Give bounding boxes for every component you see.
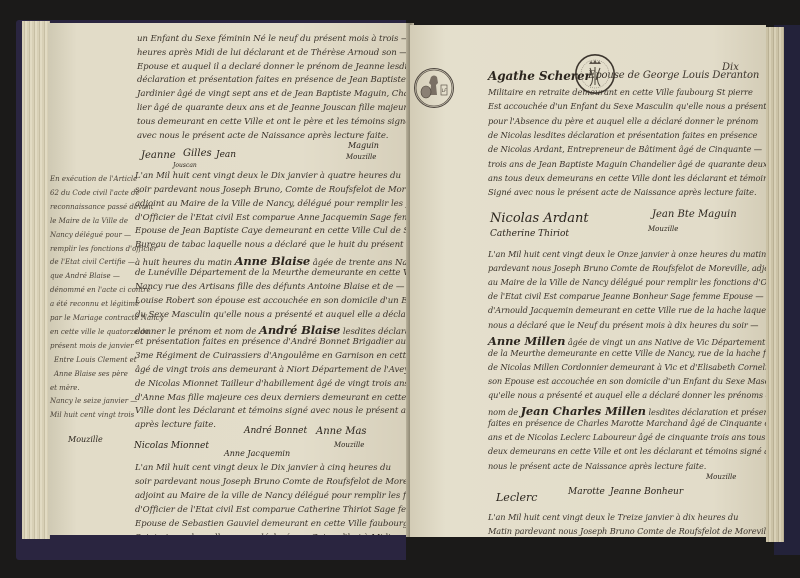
highlighted-name: André Blaise bbox=[259, 323, 340, 337]
handwritten-line: Saint pierre, laquelle nous a déclaré qu… bbox=[135, 533, 402, 536]
margin-note-line: Nancy délégué pour — bbox=[50, 231, 131, 239]
margin-note-line: que André Blaise — bbox=[50, 272, 120, 280]
handwritten-line: qu'elle nous a présenté et auquel elle a… bbox=[488, 390, 766, 400]
highlighted-name: Jean Charles Millen bbox=[521, 404, 646, 418]
handwritten-line: adjoint au Maire de la Ville de Nancy, d… bbox=[135, 199, 410, 209]
handwritten-line: de la Meurthe demeurante en cette Ville … bbox=[488, 348, 766, 358]
left-page: un Enfant du Sexe féminin Né le neuf du … bbox=[48, 23, 410, 535]
margin-note-line: et mère. bbox=[50, 384, 80, 392]
signature: Leclerc bbox=[496, 491, 537, 504]
signature: Maguin bbox=[348, 141, 379, 150]
signature: Jean Bte Maguin bbox=[652, 209, 737, 220]
highlighted-name: Anne Millen bbox=[488, 334, 565, 348]
handwritten-line: et présentation faites en présence d'And… bbox=[135, 337, 406, 347]
signature: Marotte bbox=[568, 487, 605, 497]
signature: Jeanne bbox=[141, 150, 176, 161]
signature: Catherine Thiriot bbox=[490, 229, 569, 239]
open-register-book: un Enfant du Sexe féminin Né le neuf du … bbox=[14, 17, 794, 565]
handwritten-line: après lecture faite. bbox=[135, 420, 216, 430]
handwritten-line: déclaration et présentation faites en pr… bbox=[137, 75, 410, 85]
handwritten-line: donner le prénom et nom de André Blaise … bbox=[135, 323, 410, 337]
page-edges-right bbox=[766, 27, 784, 542]
handwritten-line: son Epouse est accouchée en son domicile… bbox=[488, 376, 766, 386]
signature: Jeanne Bonheur bbox=[610, 487, 683, 497]
handwritten-line: ans et de Nicolas Leclerc Laboureur âgé … bbox=[488, 432, 765, 442]
margin-note-line: remplir les fonctions d'officier bbox=[50, 245, 157, 253]
handwritten-line: Matin pardevant nous Joseph Bruno Comte … bbox=[488, 526, 766, 536]
svg-text:LF: LF bbox=[442, 88, 447, 93]
handwritten-line: Militaire en retraite demeurant en cette… bbox=[488, 87, 753, 97]
mother-name: Agathe Scherer bbox=[488, 69, 591, 83]
margin-note-line: présent mois de janvier bbox=[50, 342, 134, 350]
tax-stamp-figure-icon: LF bbox=[414, 68, 454, 108]
margin-note-line: de l'Etat civil Certifie — bbox=[50, 258, 135, 266]
handwritten-line: soir pardevant nous Joseph Bruno Comte d… bbox=[135, 477, 410, 487]
margin-note-line: par le Mariage contracté Nancy bbox=[50, 314, 164, 322]
handwritten-line: Epouse de Jean Baptiste Caye demeurant e… bbox=[135, 226, 410, 236]
handwritten-line: Louise Robert son épouse est accouchée e… bbox=[135, 296, 410, 306]
right-page: LF Dix Agathe SchererEpouse de George Lo… bbox=[410, 25, 766, 537]
margin-note-line: Entre Louis Clement et bbox=[54, 356, 137, 364]
handwritten-line: L'an Mil huit cent vingt deux le Treize … bbox=[488, 512, 738, 522]
handwritten-line: Epouse et auquel il a declaré donner le … bbox=[137, 62, 410, 72]
handwritten-line: avec nous le présent acte de Naissance a… bbox=[137, 131, 388, 141]
margin-note-line: Nancy le seize janvier — bbox=[50, 397, 137, 405]
handwritten-line: 3me Régiment de Cuirassiers d'Angoulême … bbox=[135, 351, 410, 361]
handwritten-line: pardevant nous Joseph Bruno Comte de Rou… bbox=[488, 263, 766, 273]
handwritten-line: Epouse de George Louis Deranton bbox=[588, 70, 759, 81]
handwritten-line: de Nicolas lesdites déclaration et prése… bbox=[488, 130, 757, 140]
handwritten-line: d'Anne Mas fille majeure ces deux dernie… bbox=[135, 393, 410, 403]
margin-note-line: dénommé en l'acte ci contre bbox=[50, 286, 151, 294]
handwritten-line: d'Officier de l'Etat civil Est comparue … bbox=[135, 505, 410, 515]
highlighted-name: Anne Blaise bbox=[235, 254, 311, 268]
handwritten-line: un Enfant du Sexe féminin Né le neuf du … bbox=[137, 34, 410, 44]
handwritten-line: soir pardevant nous Joseph Bruno, Comte … bbox=[135, 185, 410, 195]
signature: Mouzille bbox=[346, 153, 376, 161]
handwritten-line: L'an Mil huit cent vingt deux le Onze ja… bbox=[488, 249, 766, 259]
signature: Mouzille bbox=[334, 441, 364, 449]
margin-note-line: Mil huit cent vingt trois bbox=[50, 411, 134, 419]
margin-note-line: a été reconnu et légitimé bbox=[50, 300, 139, 308]
margin-note-line: En exécution de l'Article bbox=[50, 175, 137, 183]
signature: Jean bbox=[216, 150, 236, 160]
signature: Gilles bbox=[183, 148, 212, 159]
handwritten-line: Signé avec nous le présent acte de Naiss… bbox=[488, 187, 757, 197]
signature: Jouscan bbox=[173, 162, 197, 169]
handwritten-line: Bureau de tabac laquelle nous a déclaré … bbox=[135, 240, 410, 250]
handwritten-line: du Sexe Masculin qu'elle nous a présenté… bbox=[135, 310, 410, 320]
margin-note-line: le Maire de la Ville de bbox=[50, 217, 128, 225]
signature: Nicolas Ardant bbox=[490, 211, 589, 226]
margin-signature: Mouzille bbox=[68, 435, 103, 444]
handwritten-line: Est accouchée d'un Enfant du Sexe Mascul… bbox=[488, 101, 766, 111]
handwritten-line: deux demeurans en cette Ville et ont les… bbox=[488, 446, 766, 456]
handwritten-line: nom de Jean Charles Millen lesdites décl… bbox=[488, 404, 766, 418]
signature: Nicolas Mionnet bbox=[134, 441, 209, 451]
handwritten-line: de Nicolas Millen Cordonnier demeurant à… bbox=[488, 362, 766, 372]
handwritten-line: d'Arnould Jacquemin demeurant en cette V… bbox=[488, 305, 766, 315]
handwritten-line: ans tous deux demeurans en cette Ville d… bbox=[488, 173, 766, 183]
handwritten-line: Ville dont les Déclarant et témoins sign… bbox=[135, 406, 410, 416]
margin-note-line: Anne Blaise ses père bbox=[54, 370, 128, 378]
handwritten-line: trois ans de Jean Baptiste Maguin Chande… bbox=[488, 159, 766, 169]
handwritten-line: d'Officier de l'Etat civil Est comparue … bbox=[135, 213, 410, 223]
margin-note-line: en cette ville le quatorze du bbox=[50, 328, 149, 336]
handwritten-line: Nancy rue des Artisans fille des défunts… bbox=[135, 282, 404, 292]
handwritten-line: faites en présence de Charles Marotte Ma… bbox=[488, 418, 766, 428]
handwritten-line: pour l'Absence du père et auquel elle a … bbox=[488, 116, 758, 126]
handwritten-line: L'an Mil huit cent vingt deux le Dix jan… bbox=[135, 171, 401, 181]
handwritten-line: heures après Midi de lui déclarant et de… bbox=[137, 48, 408, 58]
handwritten-line: Anne Millen âgée de vingt un ans Native … bbox=[488, 334, 766, 348]
handwritten-line: de Lunéville Département de la Meurthe d… bbox=[135, 268, 410, 278]
signature: Anne Mas bbox=[316, 426, 367, 437]
signature: Mouzille bbox=[706, 473, 736, 481]
handwritten-line: lier âgé de quarante deux ans et de Jean… bbox=[137, 103, 410, 113]
margin-note-line: 62 du Code civil l'acte de bbox=[50, 189, 140, 197]
handwritten-line: de l'Etat civil Est comparue Jeanne Bonh… bbox=[488, 291, 764, 301]
signature: André Bonnet bbox=[244, 426, 307, 436]
handwritten-line: à huit heures du matin Anne Blaise âgée … bbox=[135, 254, 410, 268]
handwritten-line: tous demeurant en cette Ville et ont le … bbox=[137, 117, 410, 127]
handwritten-line: de Nicolas Mionnet Tailleur d'habillemen… bbox=[135, 379, 410, 389]
handwritten-line: âgé de vingt trois ans demeurant à Niort… bbox=[135, 365, 410, 375]
handwritten-line: L'an Mil huit cent vingt deux le Dix jan… bbox=[135, 463, 391, 473]
handwritten-line: adjoint au Maire de la ville de Nancy dé… bbox=[135, 491, 410, 501]
handwritten-line: Epouse de Sebastien Gauviel demeurant en… bbox=[135, 519, 410, 529]
handwritten-line: Jardinier âgé de vingt sept ans et de Je… bbox=[137, 89, 410, 99]
handwritten-line: nous le présent acte de Naissance après … bbox=[488, 461, 706, 471]
handwritten-line: nous a déclaré que le Neuf du présent mo… bbox=[488, 320, 758, 330]
handwritten-line: au Maire de la Ville de Nancy délégué po… bbox=[488, 277, 766, 287]
signature: Anne Jacquemin bbox=[224, 449, 290, 458]
page-edges-left bbox=[22, 21, 50, 539]
signature: Mouzille bbox=[648, 225, 678, 233]
margin-note-line: reconnaissance passé devant bbox=[50, 203, 154, 211]
handwritten-line: de Nicolas Ardant, Entrepreneur de Bâtim… bbox=[488, 144, 762, 154]
